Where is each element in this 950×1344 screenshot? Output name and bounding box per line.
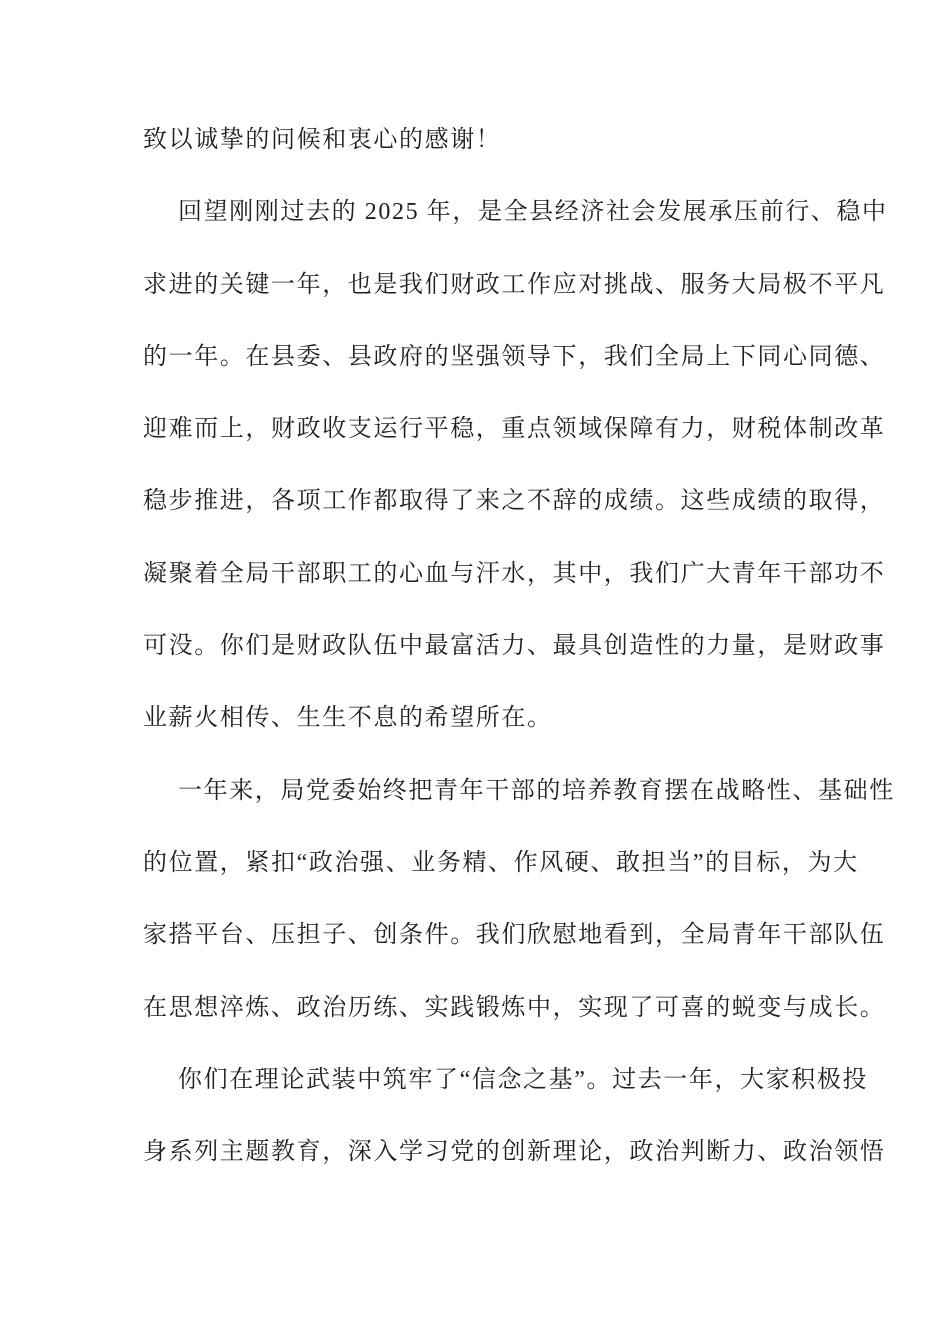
document-line: 家搭平台、压担子、创条件。我们欣慰地看到，全局青年干部队伍 xyxy=(143,899,908,971)
paragraph: 你们在理论武装中筑牢了“信念之基”。过去一年，大家积极投身系列主题教育，深入学习… xyxy=(143,1044,908,1189)
document-line: 致以诚挚的问候和衷心的感谢！ xyxy=(143,104,908,176)
document-page: 致以诚挚的问候和衷心的感谢！回望刚刚过去的 2025 年，是全县经济社会发展承压… xyxy=(0,0,950,1344)
document-line: 一年来，局党委始终把青年干部的培养教育摆在战略性、基础性 xyxy=(143,755,908,827)
paragraph: 一年来，局党委始终把青年干部的培养教育摆在战略性、基础性的位置，紧扣“政治强、业… xyxy=(143,755,908,1044)
document-line: 在思想淬炼、政治历练、实践锻炼中，实现了可喜的蜕变与成长。 xyxy=(143,972,908,1044)
document-line: 的位置，紧扣“政治强、业务精、作风硬、敢担当”的目标，为大 xyxy=(143,827,908,899)
document-line: 的一年。在县委、县政府的坚强领导下，我们全局上下同心同德、 xyxy=(143,321,908,393)
paragraph: 致以诚挚的问候和衷心的感谢！ xyxy=(143,104,908,176)
document-line: 回望刚刚过去的 2025 年，是全县经济社会发展承压前行、稳中 xyxy=(143,176,908,248)
paragraph: 回望刚刚过去的 2025 年，是全县经济社会发展承压前行、稳中求进的关键一年，也… xyxy=(143,176,908,754)
document-line: 业薪火相传、生生不息的希望所在。 xyxy=(143,682,908,754)
document-line: 稳步推进，各项工作都取得了来之不辞的成绩。这些成绩的取得， xyxy=(143,465,908,537)
document-line: 可没。你们是财政队伍中最富活力、最具创造性的力量，是财政事 xyxy=(143,610,908,682)
document-line: 身系列主题教育，深入学习党的创新理论，政治判断力、政治领悟 xyxy=(143,1116,908,1188)
document-line: 凝聚着全局干部职工的心血与汗水，其中，我们广大青年干部功不 xyxy=(143,538,908,610)
document-line: 你们在理论武装中筑牢了“信念之基”。过去一年，大家积极投 xyxy=(143,1044,908,1116)
document-body: 致以诚挚的问候和衷心的感谢！回望刚刚过去的 2025 年，是全县经济社会发展承压… xyxy=(143,104,908,1188)
document-line: 求进的关键一年，也是我们财政工作应对挑战、服务大局极不平凡 xyxy=(143,249,908,321)
document-line: 迎难而上，财政收支运行平稳，重点领域保障有力，财税体制改革 xyxy=(143,393,908,465)
